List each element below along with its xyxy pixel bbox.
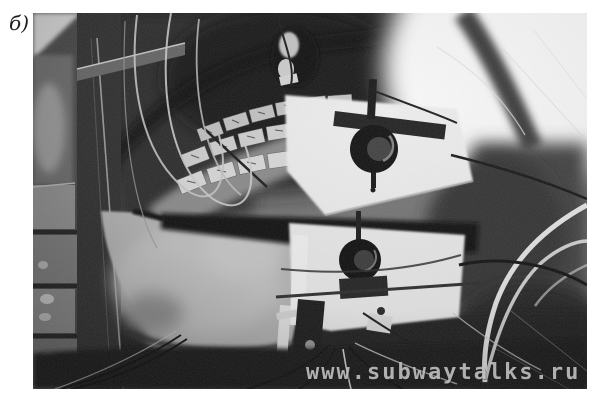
document-page: б) xyxy=(0,0,600,399)
photo-scene xyxy=(33,13,587,389)
test-photo: www.subwaytalks.ru xyxy=(33,13,587,389)
watermark: www.subwaytalks.ru xyxy=(306,362,580,384)
figure-label: б) xyxy=(9,12,29,34)
film-grain-overlay xyxy=(33,13,587,389)
